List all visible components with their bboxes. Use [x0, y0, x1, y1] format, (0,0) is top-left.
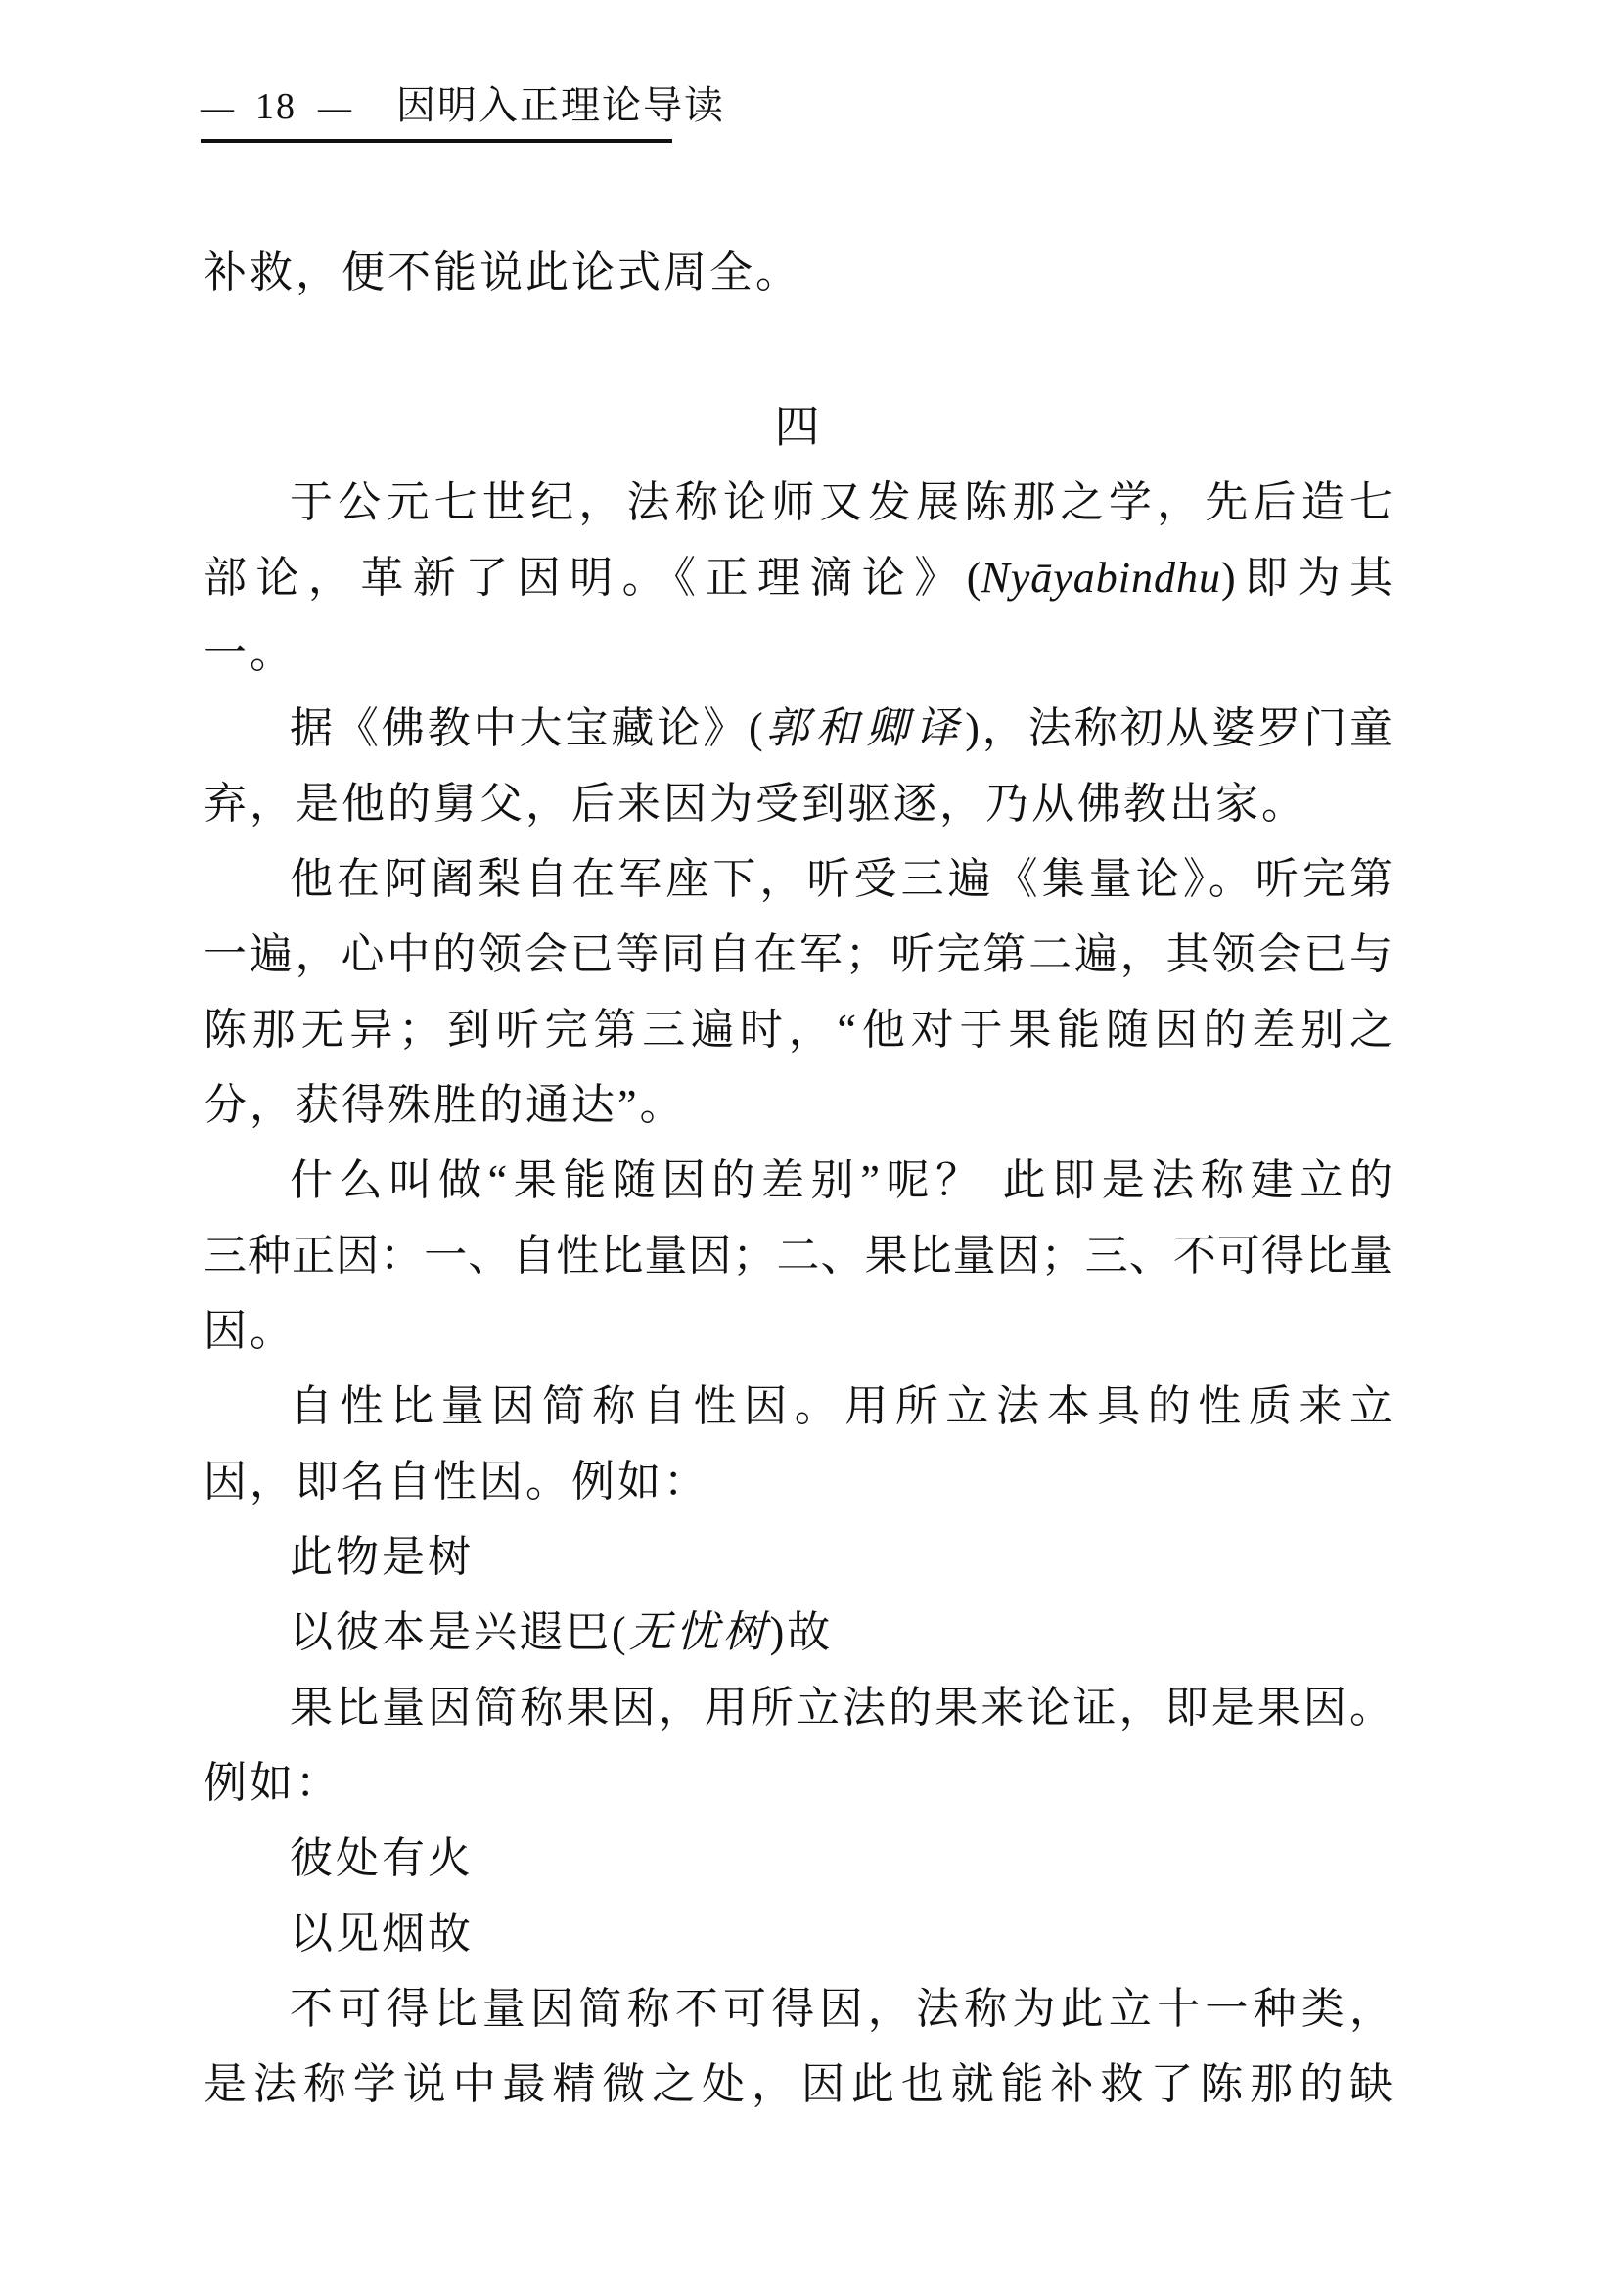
- verse-line: 彼处有火: [204, 1821, 1392, 1896]
- body-line: 分，获得殊胜的通达”。: [204, 1067, 1392, 1143]
- paragraph-gap: [204, 310, 1392, 389]
- running-header: — 18 — 因明入正理论导读: [201, 86, 672, 143]
- body-line: 什么叫做“果能随因的差别”呢？ 此即是法称建立的: [204, 1143, 1392, 1218]
- translator-name-italic: 郭和卿译: [763, 704, 966, 752]
- latin-title-italic: Nyāyabindhu: [981, 554, 1221, 602]
- body-line: 不可得比量因简称不可得因，法称为此立十一种类，: [204, 1971, 1392, 2047]
- tree-gloss-italic: 无忧树: [629, 1608, 770, 1656]
- body-line: 补救，便不能说此论式周全。: [204, 235, 1392, 310]
- verse-line: 以见烟故: [204, 1896, 1392, 1971]
- body-line-segment: 据《佛教中大宝藏论》(: [290, 704, 763, 752]
- body-line-segment: )即为其: [1221, 554, 1392, 602]
- body-line: 据《佛教中大宝藏论》(郭和卿译)，法称初从婆罗门童: [204, 691, 1392, 766]
- book-title: 因明入正理论导读: [396, 86, 725, 125]
- section-heading: 四: [204, 389, 1392, 465]
- body-line: 因。: [204, 1293, 1392, 1369]
- page-number: 18: [255, 88, 297, 125]
- verse-line-segment: )故: [770, 1608, 834, 1656]
- body-line: 三种正因：一、自性比量因；二、果比量因；三、不可得比量: [204, 1218, 1392, 1293]
- body-line: 他在阿阇梨自在军座下，听受三遍《集量论》。听完第: [204, 841, 1392, 917]
- body-line-segment: )，法称初从婆罗门童: [965, 704, 1392, 752]
- verse-line: 以彼本是兴遐巴(无忧树)故: [204, 1595, 1392, 1670]
- body-line: 部论，革新了因明。《正理滴论》(Nyāyabindhu)即为其: [204, 540, 1392, 615]
- verse-line-segment: 以彼本是兴遐巴(: [290, 1608, 629, 1656]
- body-line: 自性比量因简称自性因。用所立法本具的性质来立: [204, 1369, 1392, 1444]
- body-line: 陈那无异；到听完第三遍时，“他对于果能随因的差别之: [204, 992, 1392, 1067]
- body-line: 于公元七世纪，法称论师又发展陈那之学，先后造七: [204, 465, 1392, 540]
- body-line: 例如：: [204, 1745, 1392, 1821]
- header-dash-left: —: [201, 92, 234, 125]
- body-line: 果比量因简称果因，用所立法的果来论证，即是果因。: [204, 1670, 1392, 1745]
- body-line: 一遍，心中的领会已等同自在军；听完第二遍，其领会已与: [204, 917, 1392, 992]
- header-dash-right: —: [318, 92, 351, 125]
- body-text: 补救，便不能说此论式周全。 四 于公元七世纪，法称论师又发展陈那之学，先后造七 …: [204, 235, 1392, 2122]
- verse-line: 此物是树: [204, 1519, 1392, 1595]
- body-line: 因，即名自性因。例如：: [204, 1444, 1392, 1519]
- body-line: 是法称学说中最精微之处，因此也就能补救了陈那的缺: [204, 2047, 1392, 2122]
- book-page: — 18 — 因明入正理论导读 补救，便不能说此论式周全。 四 于公元七世纪，法…: [0, 0, 1597, 2296]
- body-line: 一。: [204, 615, 1392, 691]
- body-line-segment: 部论，革新了因明。《正理滴论》(: [204, 554, 981, 602]
- body-line: 弃，是他的舅父，后来因为受到驱逐，乃从佛教出家。: [204, 766, 1392, 841]
